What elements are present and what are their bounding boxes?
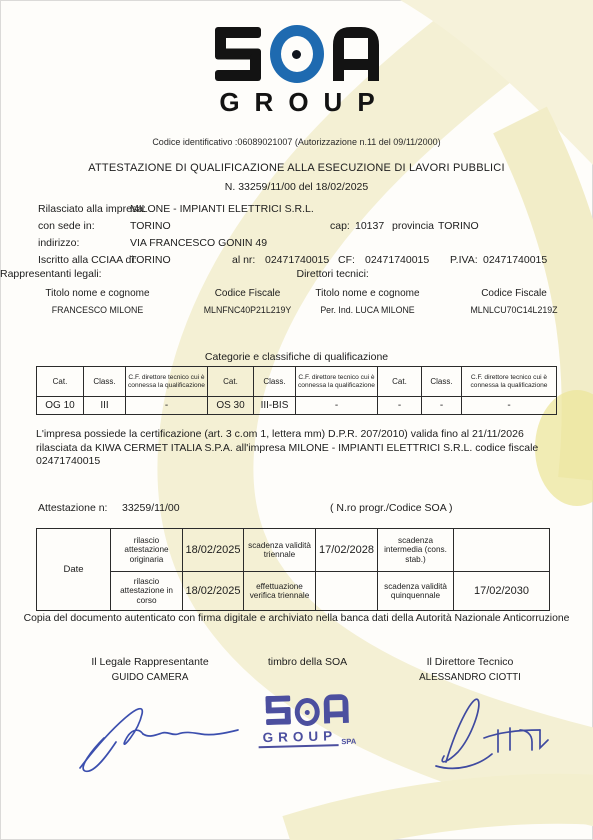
company-row-sede: con sede in: TORINO cap: 10137 provincia… — [0, 220, 593, 237]
qualifications-title: Categorie e classifiche di qualificazion… — [0, 351, 593, 363]
sede-value: TORINO — [130, 220, 171, 232]
soa-stamp: GROUPSPA — [236, 695, 377, 749]
tecnico-name-header: Titolo nome e cognome — [300, 288, 435, 299]
qualifications-header-row: Cat. Class. C.F. direttore tecnico cui è… — [37, 367, 557, 397]
alnr-value: 02471740015 — [265, 254, 329, 266]
legale-title: Il Legale Rappresentante — [60, 656, 240, 668]
legale-cf-header: Codice Fiscale — [195, 288, 300, 299]
document-title: ATTESTAZIONE DI QUALIFICAZIONE ALLA ESEC… — [0, 162, 593, 174]
class-header: Class. — [422, 367, 462, 397]
piva-value: 02471740015 — [483, 254, 547, 266]
legale-handwritten-signature — [70, 692, 250, 780]
cap-value: 10137 — [355, 220, 384, 232]
soa-certificate-page: GROUP Codice identificativo :06089021007… — [0, 0, 593, 840]
dates-table: Date rilascio attestazione originaria 18… — [36, 528, 550, 611]
legale-name-header: Titolo nome e cognome — [0, 288, 195, 299]
cf-dt-value: - — [126, 397, 208, 415]
attestazione-note: ( N.ro progr./Codice SOA ) — [330, 502, 453, 514]
cf-dt-value: - — [296, 397, 378, 415]
indirizzo-value: VIA FRANCESCO GONIN 49 — [130, 237, 267, 249]
rilasciato-value: MILONE - IMPIANTI ELETTRICI S.R.L. — [130, 203, 314, 215]
dates-row-header: Date — [37, 529, 111, 611]
stamp-letter-s-icon — [265, 695, 291, 730]
rilascio-in-corso-label: rilascio attestazione in corso — [111, 572, 183, 611]
piva-label: P.IVA: — [450, 254, 478, 266]
scadenza-triennale-date: 17/02/2028 — [316, 529, 378, 572]
soa-group-logo: GROUP — [0, 24, 593, 118]
logo-soa-letters — [215, 24, 379, 84]
company-row-indirizzo: indirizzo: VIA FRANCESCO GONIN 49 — [0, 237, 593, 254]
codice-identificativo: Codice identificativo :06089021007 (Auto… — [0, 137, 593, 147]
stamp-letter-a-icon — [323, 694, 349, 729]
cat-value: OS 30 — [208, 397, 254, 415]
sede-label: con sede in: — [38, 220, 95, 232]
tecnico-title: Il Direttore Tecnico — [385, 656, 555, 668]
timbro-block: timbro della SOA — [225, 656, 390, 668]
cf-dt-header: C.F. direttore tecnico cui è connessa la… — [462, 367, 557, 397]
attestazione-label: Attestazione n: — [38, 502, 107, 514]
cf-dt-header: C.F. direttore tecnico cui è connessa la… — [126, 367, 208, 397]
rilascio-originaria-label: rilascio attestazione originaria — [111, 529, 183, 572]
scadenza-quinquennale-date: 17/02/2030 — [454, 572, 550, 611]
dates-row-1: Date rilascio attestazione originaria 18… — [37, 529, 550, 572]
provincia-value: TORINO — [438, 220, 479, 232]
dates-row-2: rilascio attestazione in corso 18/02/202… — [37, 572, 550, 611]
cf-label: CF: — [338, 254, 355, 266]
class-value: - — [422, 397, 462, 415]
cat-value: - — [378, 397, 422, 415]
verifica-triennale-date — [316, 572, 378, 611]
stamp-group-line: GROUPSPA — [237, 725, 377, 749]
class-header: Class. — [84, 367, 126, 397]
cat-header: Cat. — [378, 367, 422, 397]
qualifications-data-row: OG 10 III - OS 30 III-BIS - - - - — [37, 397, 557, 415]
stamp-letter-o-icon — [294, 698, 320, 727]
provincia-label: provincia — [392, 220, 434, 232]
class-header: Class. — [254, 367, 296, 397]
tecnico-name: ALESSANDRO CIOTTI — [385, 672, 555, 683]
cat-header: Cat. — [37, 367, 84, 397]
cf-value: 02471740015 — [365, 254, 429, 266]
copia-text: Copia del documento autenticato con firm… — [0, 613, 593, 624]
company-row-impresa: Rilasciato alla impresa: MILONE - IMPIAN… — [0, 203, 593, 220]
stamp-spa-text: SPA — [341, 737, 356, 746]
representatives-titles: Rappresentanti legali: Direttori tecnici… — [0, 268, 593, 280]
stamp-group-text: GROUP — [258, 728, 338, 748]
cciaa-value: TORINO — [130, 254, 171, 266]
legale-signature-block: Il Legale Rappresentante GUIDO CAMERA — [60, 656, 240, 683]
legale-nome: FRANCESCO MILONE — [0, 305, 195, 315]
cf-dt-header: C.F. direttore tecnico cui è connessa la… — [296, 367, 378, 397]
scadenza-quinquennale-label: scadenza validità quinquennale — [378, 572, 454, 611]
tecnico-handwritten-signature — [428, 686, 558, 781]
cat-header: Cat. — [208, 367, 254, 397]
scadenza-intermedia-date — [454, 529, 550, 572]
class-value: III-BIS — [254, 397, 296, 415]
tecnico-nome: Per. Ind. LUCA MILONE — [300, 305, 435, 315]
stamp-soa-letters — [265, 696, 349, 728]
logo-letter-a-icon — [333, 26, 379, 82]
tecnico-signature-block: Il Direttore Tecnico ALESSANDRO CIOTTI — [385, 656, 555, 683]
tecnici-title: Direttori tecnici: — [297, 268, 593, 280]
legali-title: Rappresentanti legali: — [0, 268, 297, 280]
representatives-values: FRANCESCO MILONE MLNFNC40P21L219Y Per. I… — [0, 305, 593, 315]
attestazione-value: 33259/11/00 — [122, 502, 180, 514]
representatives-headers: Titolo nome e cognome Codice Fiscale Tit… — [0, 288, 593, 299]
verifica-triennale-label: effettuazione verifica triennale — [244, 572, 316, 611]
attestation-number-line: N. 33259/11/00 del 18/02/2025 — [0, 181, 593, 193]
timbro-label: timbro della SOA — [225, 656, 390, 668]
tecnico-cf: MLNLCU70C14L219Z — [435, 305, 593, 315]
class-value: III — [84, 397, 126, 415]
scadenza-intermedia-label: scadenza intermedia (cons. stab.) — [378, 529, 454, 572]
legale-name: GUIDO CAMERA — [60, 672, 240, 683]
cciaa-label: Iscritto alla CCIAA di: — [38, 254, 137, 266]
cf-dt-value: - — [462, 397, 557, 415]
cap-label: cap: — [330, 220, 350, 232]
attestazione-line: Attestazione n: 33259/11/00 ( N.ro progr… — [0, 502, 593, 519]
logo-letter-o-icon — [270, 25, 324, 83]
scadenza-triennale-label: scadenza validità triennale — [244, 529, 316, 572]
certification-paragraph: L'impresa possiede la certificazione (ar… — [36, 428, 560, 469]
cat-value: OG 10 — [37, 397, 84, 415]
tecnico-cf-header: Codice Fiscale — [435, 288, 593, 299]
rilascio-originaria-date: 18/02/2025 — [183, 529, 244, 572]
rilascio-in-corso-date: 18/02/2025 — [183, 572, 244, 611]
qualifications-table: Cat. Class. C.F. direttore tecnico cui è… — [36, 366, 557, 415]
logo-letter-s-icon — [215, 26, 261, 82]
indirizzo-label: indirizzo: — [38, 237, 79, 249]
alnr-label: al nr: — [232, 254, 255, 266]
logo-group-text: GROUP — [8, 87, 593, 118]
legale-cf: MLNFNC40P21L219Y — [195, 305, 300, 315]
